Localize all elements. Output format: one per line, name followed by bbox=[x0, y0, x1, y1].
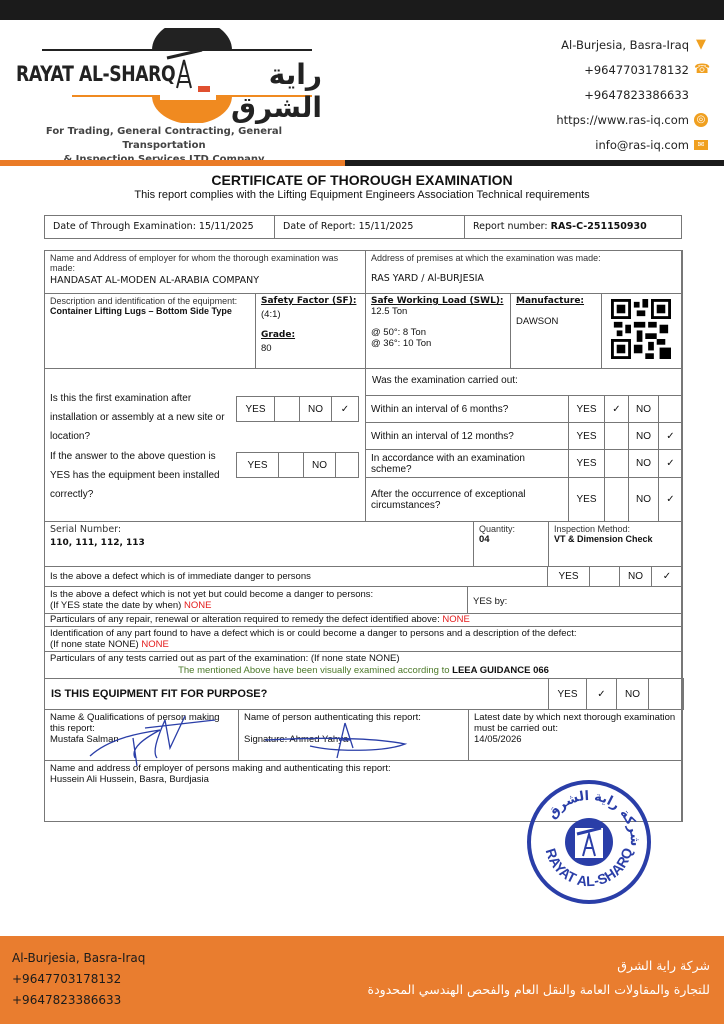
company-name-en: RAYAT AL-SHARQ bbox=[16, 62, 175, 86]
tests-reference: LEEA GUIDANCE 066 bbox=[452, 665, 549, 676]
manufacture-value: DAWSON bbox=[516, 316, 596, 327]
serial-value: 110, 111, 112, 113 bbox=[50, 538, 468, 548]
premises-value: RAS YARD / Al-BURJESIA bbox=[371, 273, 677, 284]
contact-phone-2[interactable]: +9647823386633 bbox=[556, 82, 708, 107]
interval-6-yes-box[interactable]: ✓ bbox=[605, 396, 629, 423]
interval-table: Within an interval of 6 months?YES✓NO Wi… bbox=[365, 395, 683, 522]
repair-row: Particulars of any repair, renewal or al… bbox=[44, 613, 683, 627]
company-logo: RAYAT AL-SHARQ راية الشرق bbox=[12, 28, 322, 123]
envelope-icon: ✉ bbox=[694, 140, 708, 150]
certificate-title-block: CERTIFICATE OF THOROUGH EXAMINATION This… bbox=[0, 172, 724, 201]
installed-yes-box[interactable] bbox=[279, 453, 304, 477]
report-number-value: RAS-C-251150930 bbox=[551, 221, 647, 232]
immediate-danger-answer: YES NO ✓ bbox=[547, 566, 683, 587]
stamp-emblem-icon: RAYAT AL-SHARQ Co. شركة راية الشرق bbox=[531, 784, 647, 900]
contact-info: Al-Burjesia, Basra-Iraq▼ +9647703178132☎… bbox=[556, 32, 708, 157]
exceptional-no-box[interactable]: ✓ bbox=[659, 478, 683, 522]
company-stamp: RAYAT AL-SHARQ Co. شركة راية الشرق bbox=[527, 780, 651, 904]
contact-address: Al-Burjesia, Basra-Iraq▼ bbox=[556, 32, 708, 57]
safety-factor-cell: Safety Factor (SF): (4:1) Grade: 80 bbox=[255, 293, 366, 369]
swl-value: 12.5 Ton bbox=[371, 306, 505, 317]
yes-by-cell: YES by: bbox=[467, 586, 683, 614]
employer-cell: Name and Address of employer for whom th… bbox=[44, 250, 366, 294]
tests-row: Particulars of any tests carried out as … bbox=[44, 651, 683, 679]
first-exam-yes-box[interactable] bbox=[275, 397, 300, 421]
quantity-value: 04 bbox=[479, 534, 543, 545]
footer: Al-Burjesia, Basra-Iraq +9647703178132 +… bbox=[0, 936, 724, 1024]
interval-12-no-box[interactable]: ✓ bbox=[659, 423, 683, 450]
footer-address: Al-Burjesia, Basra-Iraq bbox=[12, 948, 145, 969]
exam-carried-out-heading: Was the examination carried out: bbox=[372, 375, 518, 386]
serial-cell: Serial Number: 110, 111, 112, 113 bbox=[44, 521, 474, 567]
footer-phone-1[interactable]: +9647703178132 bbox=[12, 969, 145, 990]
exam-date: Date of Through Examination: 15/11/2025 bbox=[45, 216, 275, 238]
safety-factor-value: (4:1) bbox=[261, 309, 360, 320]
swl-cell: Safe Working Load (SWL): 12.5 Ton @ 50°:… bbox=[365, 293, 511, 369]
immediate-danger-no-box[interactable]: ✓ bbox=[652, 566, 682, 587]
employer-value: HANDASAT AL-MODEN AL-ARABIA COMPANY bbox=[50, 275, 360, 286]
company-name-ar: راية الشرق bbox=[212, 58, 322, 124]
identification-value: NONE bbox=[141, 639, 168, 650]
contact-email[interactable]: info@ras-iq.com✉ bbox=[556, 132, 708, 157]
fit-no-box[interactable] bbox=[649, 678, 683, 710]
fit-for-purpose-question: IS THIS EQUIPMENT FIT FOR PURPOSE? bbox=[51, 688, 267, 700]
manufacture-cell: Manufacture: DAWSON bbox=[510, 293, 602, 369]
first-exam-answer: YES NO ✓ bbox=[236, 396, 359, 422]
report-number: Report number: RAS-C-251150930 bbox=[465, 216, 681, 238]
next-exam-cell: Latest date by which next thorough exami… bbox=[468, 709, 683, 761]
contact-phone-1[interactable]: +9647703178132☎ bbox=[556, 57, 708, 82]
first-exam-no-box[interactable]: ✓ bbox=[332, 397, 358, 421]
future-danger-value: NONE bbox=[184, 600, 211, 611]
identification-row: Identification of any part found to have… bbox=[44, 626, 683, 652]
swl-50: @ 50°: 8 Ton bbox=[371, 327, 505, 338]
phone-icon: ☎ bbox=[694, 63, 708, 77]
footer-phone-2[interactable]: +9647823386633 bbox=[12, 990, 145, 1011]
date-row: Date of Through Examination: 15/11/2025 … bbox=[44, 215, 682, 239]
report-date: Date of Report: 15/11/2025 bbox=[275, 216, 465, 238]
equipment-description: Container Lifting Lugs – Bottom Side Typ… bbox=[50, 306, 250, 316]
tagline-line-1: For Trading, General Contracting, Genera… bbox=[14, 125, 314, 153]
immediate-danger-yes-box[interactable] bbox=[590, 566, 620, 587]
installed-correctly-answer: YES NO bbox=[236, 452, 359, 478]
installed-no-box[interactable] bbox=[336, 453, 358, 477]
inspection-method-cell: Inspection Method: VT & Dimension Check bbox=[548, 521, 683, 567]
header-divider bbox=[0, 160, 724, 166]
certificate-subtitle: This report complies with the Lifting Eq… bbox=[0, 189, 724, 201]
repair-value: NONE bbox=[442, 614, 469, 625]
interval-6-no-box[interactable] bbox=[659, 396, 683, 423]
exceptional-yes-box[interactable] bbox=[605, 478, 629, 522]
premises-cell: Address of premises at which the examina… bbox=[365, 250, 683, 294]
footer-arabic-name: شركة راية الشرق للتجارة والمقاولات العام… bbox=[368, 954, 710, 1002]
quantity-cell: Quantity: 04 bbox=[473, 521, 549, 567]
contact-website[interactable]: https://www.ras-iq.com◎ bbox=[556, 107, 708, 132]
certificate-title: CERTIFICATE OF THOROUGH EXAMINATION bbox=[0, 172, 724, 188]
scheme-yes-box[interactable] bbox=[605, 450, 629, 478]
swl-36: @ 36°: 10 Ton bbox=[371, 338, 505, 349]
question-first-exam: Is this the first examination after inst… bbox=[50, 389, 225, 446]
left-questions: Is this the first examination after inst… bbox=[44, 368, 366, 522]
interval-12-yes-box[interactable] bbox=[605, 423, 629, 450]
scheme-no-box[interactable]: ✓ bbox=[659, 450, 683, 478]
fit-for-purpose-row: IS THIS EQUIPMENT FIT FOR PURPOSE? YES ✓… bbox=[44, 678, 683, 710]
grade-value: 80 bbox=[261, 343, 360, 354]
equipment-description-cell: Description and identification of the eq… bbox=[44, 293, 256, 369]
top-bar bbox=[0, 0, 724, 20]
right-questions: Was the examination carried out: Within … bbox=[365, 368, 683, 522]
fit-for-purpose-answer: YES ✓ NO bbox=[548, 678, 684, 710]
maker-signature-icon bbox=[85, 708, 225, 768]
inspection-method-value: VT & Dimension Check bbox=[554, 534, 677, 544]
fit-yes-box[interactable]: ✓ bbox=[587, 678, 617, 710]
footer-contact: Al-Burjesia, Basra-Iraq +9647703178132 +… bbox=[12, 948, 145, 1011]
qr-cell bbox=[601, 293, 683, 369]
authenticator-signature-icon bbox=[255, 718, 415, 768]
qr-code-icon[interactable] bbox=[611, 299, 671, 359]
question-installed-correctly: If the answer to the above question is Y… bbox=[50, 447, 225, 504]
next-exam-date: 14/05/2026 bbox=[474, 734, 677, 745]
globe-icon: ◎ bbox=[694, 113, 708, 127]
location-pin-icon: ▼ bbox=[694, 38, 708, 52]
future-danger-cell: Is the above a defect which is not yet b… bbox=[44, 586, 468, 614]
immediate-danger-row: Is the above a defect which is of immedi… bbox=[44, 566, 683, 587]
